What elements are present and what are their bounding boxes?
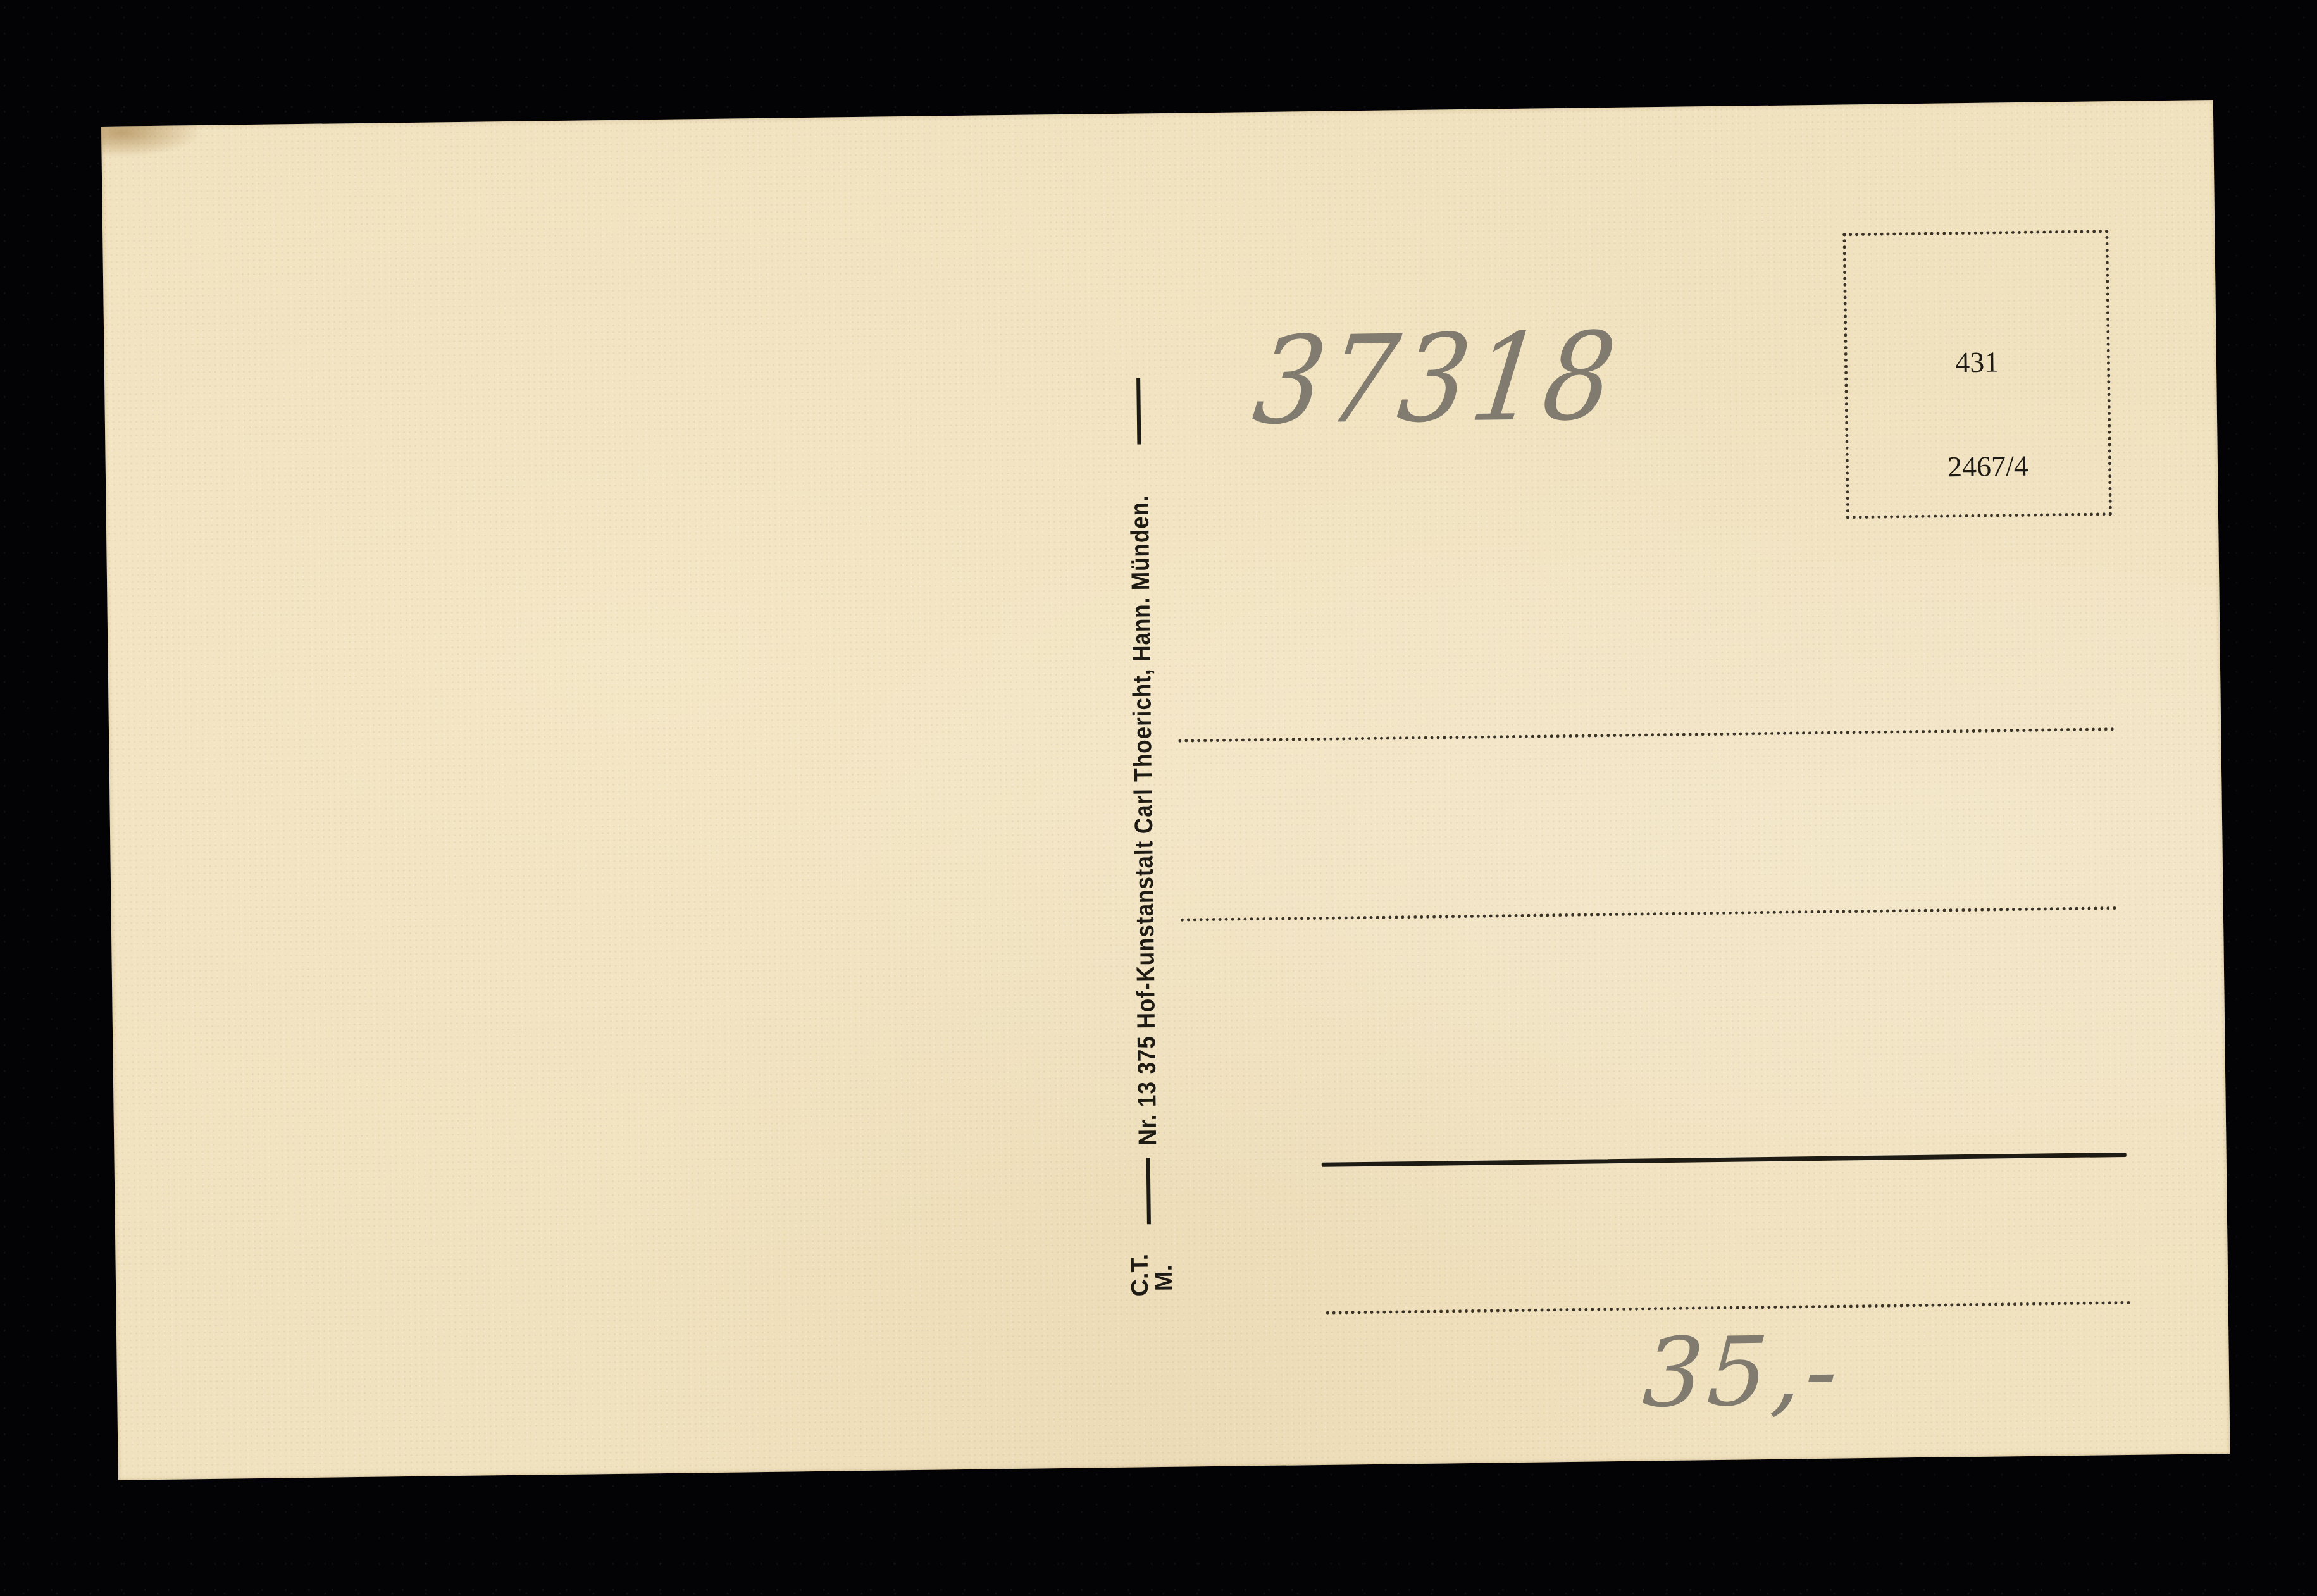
postcard-back: C.T. M. Nr. 13 375 Hof-Kunstanstalt Carl… xyxy=(101,100,2230,1480)
publisher-text: Nr. 13 375 Hof-Kunstanstalt Carl Thoeric… xyxy=(1126,495,1162,1146)
imprint-rule-left xyxy=(1146,1158,1151,1225)
ctm-line-1: C.T. xyxy=(1128,1254,1153,1297)
ctm-monogram: C.T. M. xyxy=(1128,1253,1177,1297)
corner-stain xyxy=(101,125,203,158)
publisher-imprint: C.T. M. Nr. 13 375 Hof-Kunstanstalt Carl… xyxy=(1115,365,1177,1297)
stamp-box-number-top: 431 xyxy=(1848,343,2108,380)
stamp-box: 431 2467/4 xyxy=(1842,230,2112,519)
imprint-rule-right xyxy=(1136,378,1141,445)
address-line-2 xyxy=(1181,906,2117,922)
stamp-box-number-bottom: 2467/4 xyxy=(1868,448,2109,485)
ctm-line-2: M. xyxy=(1152,1253,1177,1296)
address-line-3 xyxy=(1322,1153,2127,1167)
address-line-4 xyxy=(1326,1301,2131,1315)
handwritten-catalog-number: 37318 xyxy=(1247,307,1626,452)
address-line-1 xyxy=(1178,727,2115,743)
handwritten-price: 35,- xyxy=(1640,1316,1844,1429)
